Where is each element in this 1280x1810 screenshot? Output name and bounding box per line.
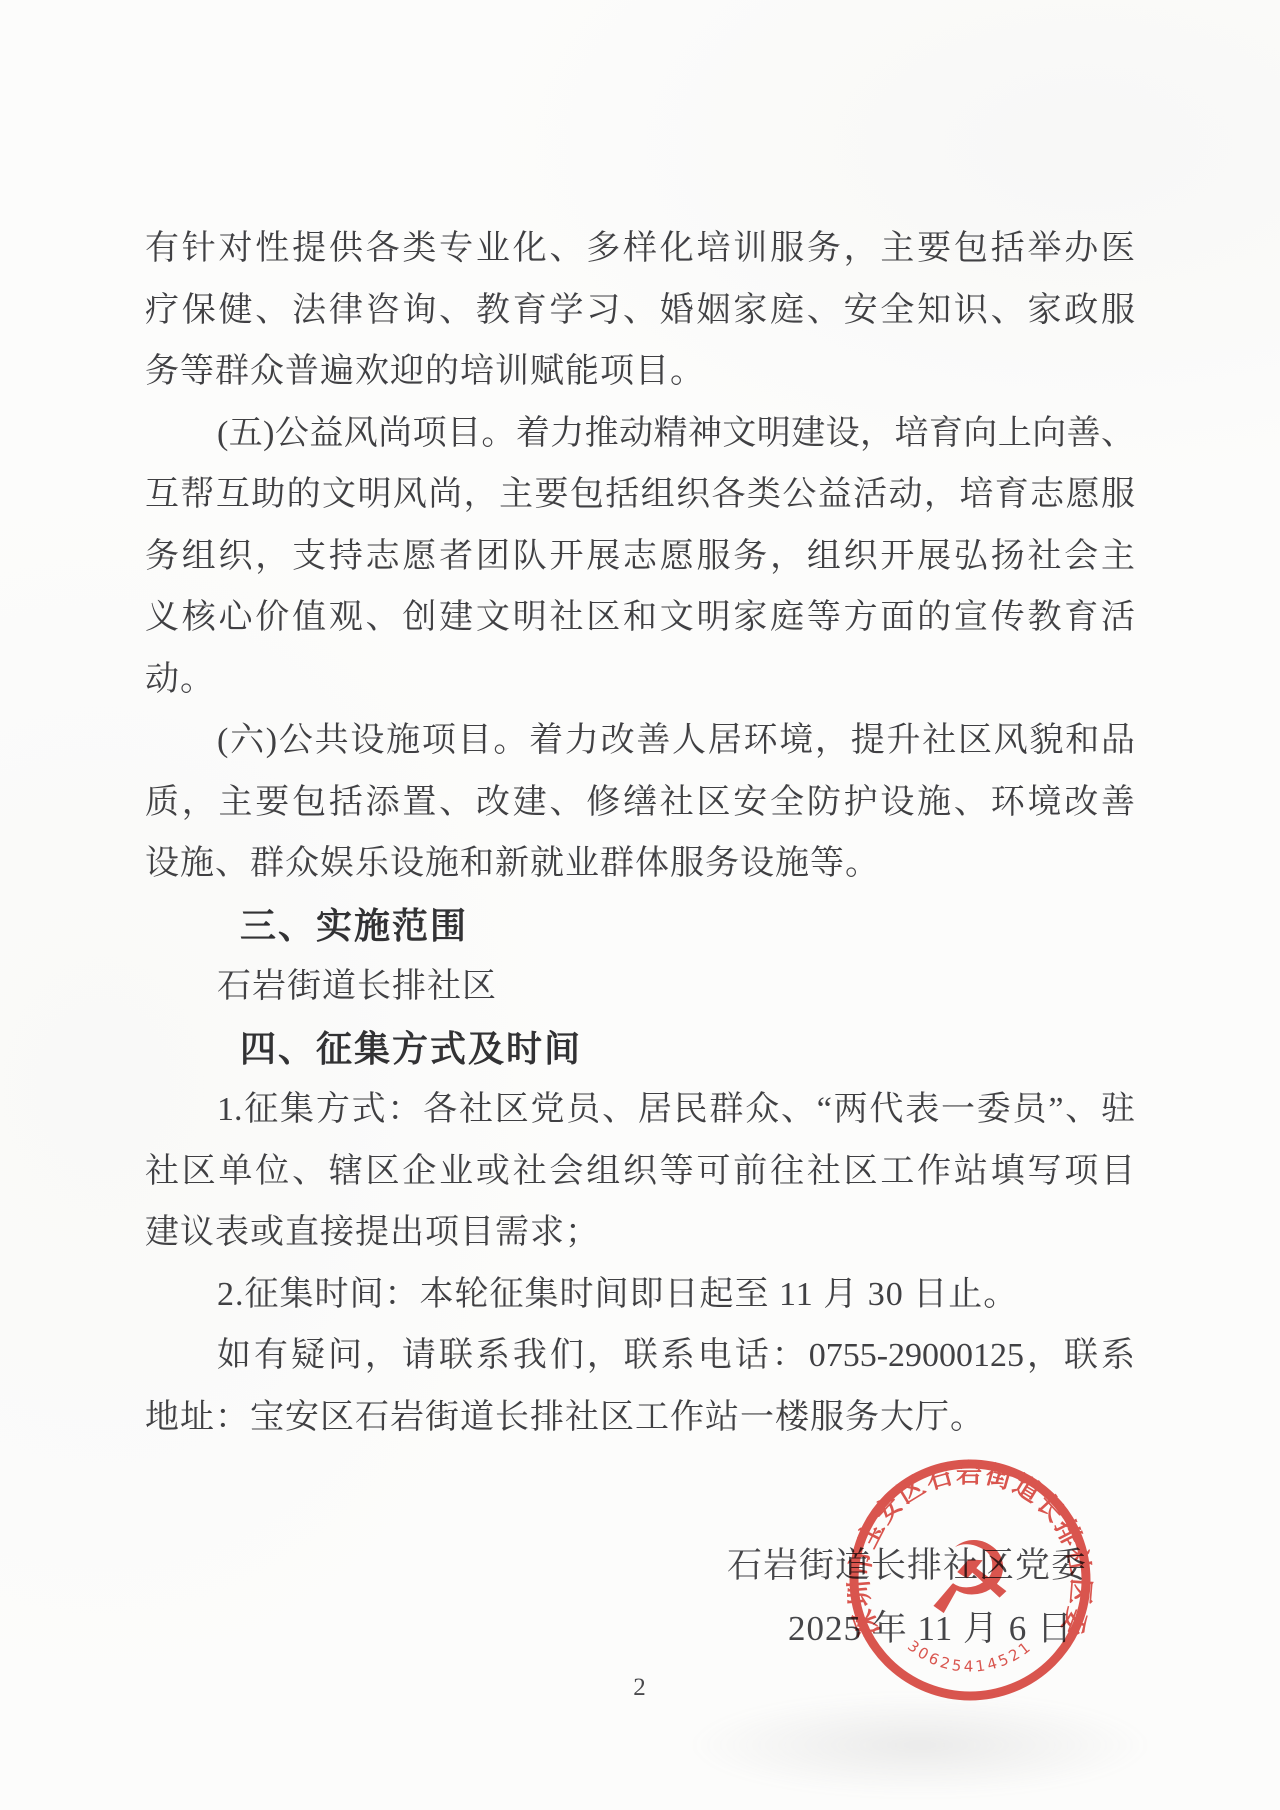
doc-line: 地址：宝安区石岩街道长排社区工作站一楼服务大厅。 xyxy=(145,1387,1135,1449)
section-heading: 三、实施范围 xyxy=(145,895,1135,957)
doc-line: 设施、群众娱乐设施和新就业群体服务设施等。 xyxy=(145,833,1135,895)
seal-serial: 30625414521 xyxy=(904,1637,1036,1676)
doc-line: 质，主要包括添置、改建、修缮社区安全防护设施、环境改善 xyxy=(145,772,1135,834)
doc-line: 有针对性提供各类专业化、多样化培训服务，主要包括举办医 xyxy=(145,218,1135,280)
doc-line: 互帮互助的文明风尚，主要包括组织各类公益活动，培育志愿服 xyxy=(145,464,1135,526)
doc-line: 如有疑问，请联系我们，联系电话：0755-29000125，联系 xyxy=(145,1325,1135,1387)
section-heading: 四、征集方式及时间 xyxy=(145,1018,1135,1080)
doc-line: (五)公益风尚项目。着力推动精神文明建设，培育向上向善、 xyxy=(145,403,1135,465)
doc-line: 务组织，支持志愿者团队开展志愿服务，组织开展弘扬社会主 xyxy=(145,526,1135,588)
doc-line: 建议表或直接提出项目需求； xyxy=(145,1202,1135,1264)
body-text: 有针对性提供各类专业化、多样化培训服务，主要包括举办医疗保健、法律咨询、教育学习… xyxy=(145,218,1135,1448)
doc-line: 社区单位、辖区企业或社会组织等可前往社区工作站填写项目 xyxy=(145,1141,1135,1203)
page-number: 2 xyxy=(0,1674,1280,1702)
hammer-sickle-icon: ☭ xyxy=(925,1520,1015,1637)
doc-line: 义核心价值观、创建文明社区和文明家庭等方面的宣传教育活 xyxy=(145,587,1135,649)
official-seal: 中共深圳市宝安区石岩街道长排社区委员会 ☭ 30625414521 xyxy=(843,1453,1097,1707)
document-page: 有针对性提供各类专业化、多样化培训服务，主要包括举办医疗保健、法律咨询、教育学习… xyxy=(0,0,1280,1810)
doc-line: 1.征集方式：各社区党员、居民群众、“两代表一委员”、驻 xyxy=(145,1079,1135,1141)
doc-line: (六)公共设施项目。着力改善人居环境，提升社区风貌和品 xyxy=(145,710,1135,772)
doc-line: 2.征集时间：本轮征集时间即日起至 11 月 30 日止。 xyxy=(145,1264,1135,1326)
doc-line: 动。 xyxy=(145,649,1135,711)
doc-line: 务等群众普遍欢迎的培训赋能项目。 xyxy=(145,341,1135,403)
doc-line: 疗保健、法律咨询、教育学习、婚姻家庭、安全知识、家政服 xyxy=(145,280,1135,342)
scan-smudge xyxy=(690,1695,1150,1795)
doc-line: 石岩街道长排社区 xyxy=(145,956,1135,1018)
